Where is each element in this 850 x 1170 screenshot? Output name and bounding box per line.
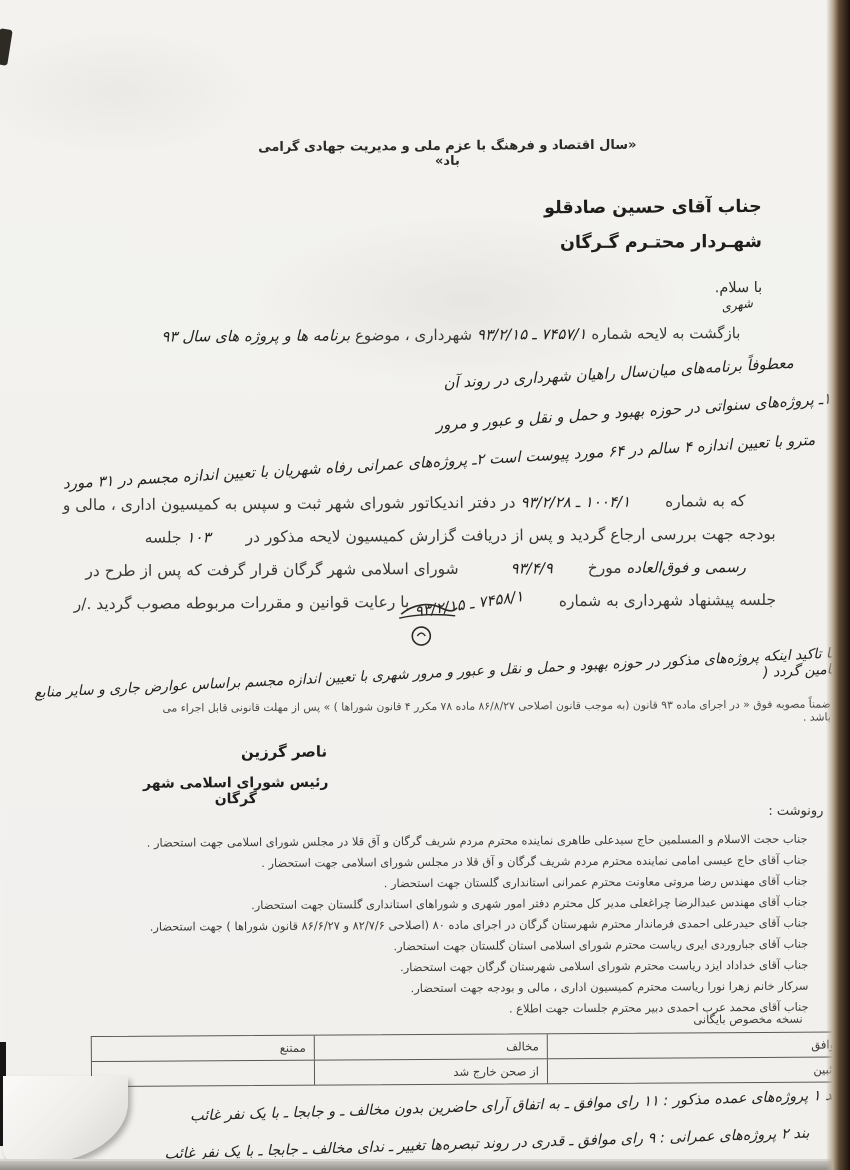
- salutation: با سلام.: [715, 280, 763, 296]
- vote-result-table: موافق مخالف ممتنع غائبین از صحن خارج شد: [91, 1031, 850, 1087]
- para-text: جلسه: [145, 528, 182, 546]
- archive-copy-note: نسخه مخصوص بایگانی: [693, 1012, 802, 1027]
- signatory-title: رئیس شورای اسلامی شهر گرگان: [123, 774, 348, 807]
- handwritten-subject: برنامه ها و پروژه های سال ۹۳: [161, 326, 350, 345]
- reference-mid: شهرداری ، موضوع: [355, 326, 472, 345]
- recipient-block: جناب آقای حسین صادقلو شهـردار محتـرم گـر…: [544, 190, 762, 261]
- handwritten-session-number: ۱۰۳: [186, 521, 240, 554]
- scan-bottom-edge: [0, 1161, 850, 1170]
- vote-cell-absent: غائبین: [548, 1057, 850, 1083]
- letter-paper: «سال اقتصاد و فرهنگ با عزم ملی و مدیریت …: [0, 0, 850, 1170]
- vote-cell-agree: موافق: [548, 1032, 850, 1058]
- vote-cell-abstain: ممتنع: [92, 1036, 314, 1061]
- ink-scribble-mark: [395, 598, 459, 650]
- copies-heading: رونوشت :: [768, 804, 823, 819]
- vote-table-row: موافق مخالف ممتنع: [92, 1032, 850, 1061]
- handwritten-indicator-number: ۱۰۰۴/۱ ـ ۹۳/۲/۲۸: [520, 486, 660, 520]
- handwritten-reference-number: ۷۴۵۷/۱ ـ ۹۳/۲/۱۵: [477, 325, 587, 344]
- recipient-name: جناب آقای حسین صادقلو: [544, 190, 762, 226]
- signatory-name: ناصر گرزین: [219, 742, 349, 761]
- scanned-letter-page: «سال اقتصاد و فرهنگ با عزم ملی و مدیریت …: [0, 0, 850, 1170]
- para-text: با رعایت قوانین و مقررات مربوطه مصوب گرد…: [74, 593, 410, 613]
- vote-cell-left-floor: از صحن خارج شد: [314, 1059, 548, 1084]
- para-text: که به شماره: [665, 492, 746, 510]
- para-text: مورخ: [588, 559, 622, 577]
- vote-table-row: غائبین از صحن خارج شد: [92, 1056, 850, 1086]
- copies-list: جناب حجت الاسلام و المسلمین حاج سیدعلی ط…: [12, 829, 809, 1023]
- reference-prefix: بازگشت به لایحه شماره: [591, 324, 740, 343]
- scan-right-edge: [826, 0, 850, 1170]
- vote-cell-oppose: مخالف: [314, 1034, 548, 1059]
- reference-line: بازگشت به لایحه شماره ۷۴۵۷/۱ ـ ۹۳/۲/۱۵ ش…: [28, 320, 740, 350]
- handwritten-margin-note: شهری: [721, 296, 754, 314]
- year-slogan: «سال اقتصاد و فرهنگ با عزم ملی و مدیریت …: [252, 138, 642, 170]
- handwritten-vote-note-1: بند ۱ پروژه‌های عمده مذکور : ۱۱ رای مواف…: [9, 1087, 841, 1130]
- recipient-title: شهـردار محتـرم گـرگان: [544, 225, 762, 261]
- handwritten-session-type: رسمی و فوق‌العاده: [626, 551, 776, 585]
- copy-recipient-item: جناب آقای محمد عرب احمدی دبیر محترم جلسا…: [13, 997, 809, 1023]
- legal-footnote: ضمناً مصوبه فوق « در اجرای ماده ۹۳ قانون…: [151, 698, 831, 728]
